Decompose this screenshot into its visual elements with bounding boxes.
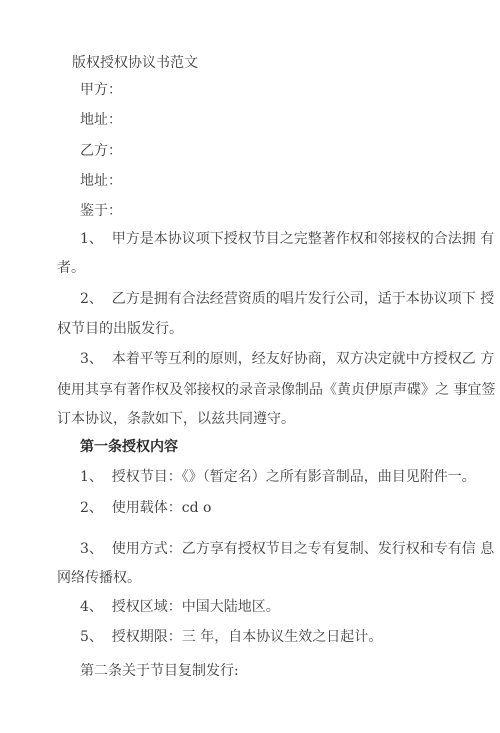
whereas-item-3-line-3: 订本协议，条款如下，以兹共同遵守。 [57,410,295,429]
party-b-label: 乙方： [80,142,122,161]
section-1-item-5: 5、 授权期限：三 年，自本协议生效之日起计。 [80,628,382,647]
party-a-address-label: 地址： [80,111,122,130]
party-b-address-label: 地址： [80,172,122,191]
doc-title: 版权授权协议书范文 [72,54,198,73]
whereas-item-3-line-2: 使用其享有著作权及邻接权的录音录像制品《黄贞伊原声碟》之 事宜签 [57,381,495,400]
document-page: 版权授权协议书范文 甲方： 地址： 乙方： 地址： 鉴于： 1、 甲方是本协议项… [0,0,500,733]
whereas-item-1-line-2: 者。 [57,259,85,278]
whereas-item-2-line-1: 2、 乙方是拥有合法经营资质的唱片发行公司，适于本协议项下 授 [80,290,494,309]
whereas-item-2-line-2: 权节目的出版发行。 [57,320,183,339]
section-2-heading: 第二条关于节目复制发行: [80,662,239,681]
whereas-item-1-line-1: 1、 甲方是本协议项下授权节目之完整著作权和邻接权的合法拥 有 [80,230,494,249]
whereas-label: 鉴于： [80,202,122,221]
section-1-item-3-line-1: 3、 使用方式：乙方享有授权节目之专有复制、发行权和专有信 息 [80,540,494,559]
section-1-item-3-line-2: 网络传播权。 [57,569,141,588]
section-1-item-4: 4、 授权区域：中国大陆地区。 [80,598,280,617]
section-1-item-1: 1、 授权节目：《》（暂定名）之所有影音制品，曲目见附件一。 [80,468,476,487]
section-1-heading: 第一条授权内容 [80,438,178,457]
whereas-item-3-line-1: 3、 本着平等互利的原则，经友好协商，双方决定就中方授权乙 方 [80,350,494,369]
section-1-item-2: 2、 使用载体：cd o [80,499,212,518]
party-a-label: 甲方： [80,81,122,100]
